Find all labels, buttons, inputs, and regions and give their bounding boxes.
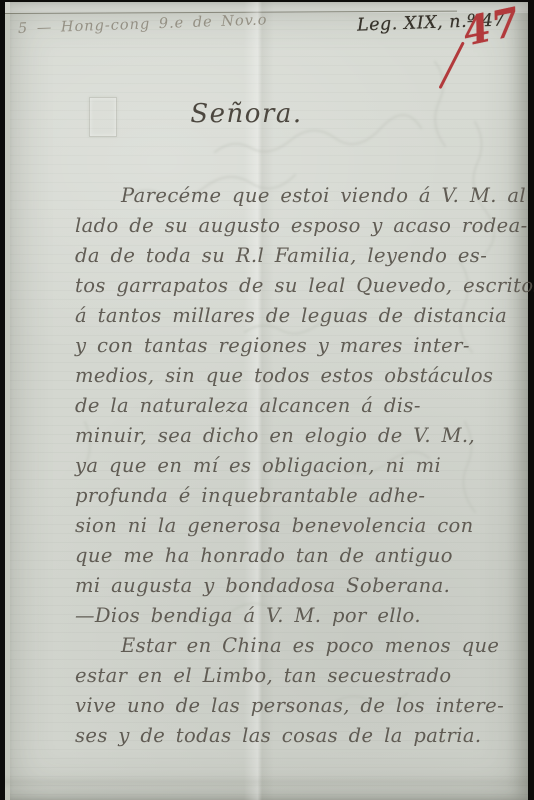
paper-sheet: 5 — Hong-cong 9.e de Nov.o Leg. XIX, n.º… [5, 2, 528, 800]
manuscript-line: sion ni la generosa benevolencia con [75, 511, 513, 541]
manuscript-line: ses y de todas las cosas de la patria. [75, 721, 513, 751]
letter-salutation: Señora. [5, 99, 488, 129]
manuscript-line: vive uno de las personas, de los intere- [75, 691, 513, 721]
manuscript-line: profunda é inquebrantable adhe- [75, 481, 513, 511]
letter-body: Parecéme que estoi viendo á V. M. al lad… [75, 181, 513, 751]
manuscript-line: —Dios bendiga á V. M. por ello. [75, 601, 513, 631]
manuscript-line: da de toda su R.l Familia, leyendo es- [75, 241, 513, 271]
manuscript-scan: 5 — Hong-cong 9.e de Nov.o Leg. XIX, n.º… [0, 0, 534, 800]
manuscript-line: ya que en mí es obligacion, ni mi [75, 451, 513, 481]
manuscript-line: y con tantas regiones y mares inter- [75, 331, 513, 361]
manuscript-line: lado de su augusto esposo y acaso rodea- [75, 211, 513, 241]
manuscript-line: que me ha honrado tan de antiguo [75, 541, 513, 571]
manuscript-line: minuir, sea dicho en elogio de V. M., [75, 421, 513, 451]
manuscript-line: de la naturaleza alcancen á dis- [75, 391, 513, 421]
manuscript-line: tos garrapatos de su leal Quevedo, escri… [75, 271, 513, 301]
manuscript-line: á tantos millares de leguas de distancia [75, 301, 513, 331]
manuscript-line: estar en el Limbo, tan secuestrado [75, 661, 513, 691]
manuscript-line: mi augusta y bondadosa Soberana. [75, 571, 513, 601]
manuscript-line: medios, sin que todos estos obstáculos [75, 361, 513, 391]
manuscript-line: Estar en China es poco menos que [75, 631, 513, 661]
manuscript-line: Parecéme que estoi viendo á V. M. al [75, 181, 513, 211]
